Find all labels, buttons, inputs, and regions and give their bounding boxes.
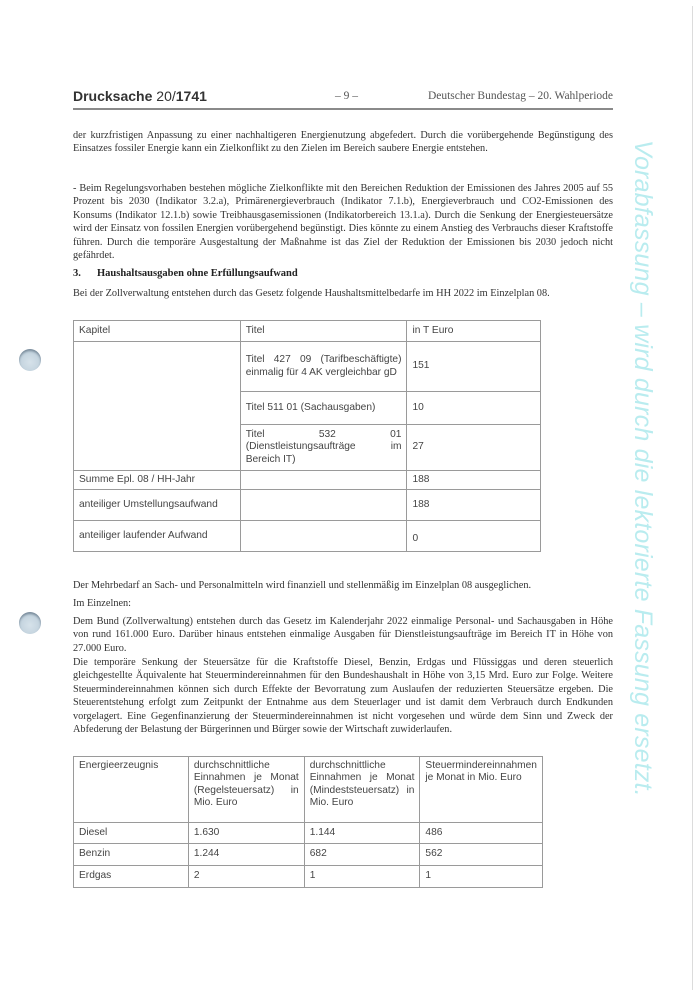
paragraph-budget-intro: Bei der Zollverwaltung entstehen durch d… — [73, 287, 613, 300]
publisher: Deutscher Bundestag – 20. Wahlperiode — [428, 90, 613, 102]
doc-number: 1741 — [176, 88, 207, 104]
paragraph-compensation: Der Mehrbedarf an Sach- und Personalmitt… — [73, 579, 613, 592]
paragraph-intro: der kurzfristigen Anpassung zu einer nac… — [73, 129, 613, 156]
product-cell: Erdgas — [74, 866, 189, 888]
header-cell: durchschnittliche Einnahmen je Monat (Re… — [188, 757, 304, 823]
budget-table: Kapitel Titel in T Euro Titel 427 09 (Ta… — [73, 320, 541, 552]
table-row: Diesel 1.630 1.144 486 — [74, 823, 543, 844]
titel-cell-empty — [240, 471, 407, 490]
value-cell: 486 — [420, 823, 543, 844]
page-header: Drucksache 20/1741 – 9 – Deutscher Bunde… — [73, 88, 613, 110]
value-cell: 0 — [407, 521, 541, 552]
punch-hole-top — [19, 349, 41, 371]
table-row: Titel 427 09 (Tarifbeschäftigte) einmali… — [74, 342, 541, 392]
energy-tax-table: Energieerzeugnis durchschnittliche Einna… — [73, 756, 543, 888]
value-cell: 1 — [420, 866, 543, 888]
header-cell: Energieerzeugnis — [74, 757, 189, 823]
product-cell: Diesel — [74, 823, 189, 844]
page-edge — [692, 6, 693, 990]
label-cell: anteiliger Umstellungsaufwand — [74, 490, 241, 521]
table-row: anteiliger laufender Aufwand 0 — [74, 521, 541, 552]
document-id: Drucksache 20/1741 — [73, 88, 207, 104]
paragraph-costs: Dem Bund (Zollverwaltung) entstehen durc… — [73, 615, 613, 655]
table-row: Benzin 1.244 682 562 — [74, 844, 543, 866]
table-header-row: Kapitel Titel in T Euro — [74, 321, 541, 342]
value-cell: 151 — [407, 342, 541, 392]
header-cell: Kapitel — [74, 321, 241, 342]
table-row: Erdgas 2 1 1 — [74, 866, 543, 888]
label-cell: anteiliger laufender Aufwand — [74, 521, 241, 552]
paragraph-tax-reduction: Die temporäre Senkung der Steuersätze fü… — [73, 656, 613, 736]
section-number: 3. — [73, 268, 97, 279]
doc-number-prefix: 20/ — [156, 88, 175, 104]
value-cell: 1.630 — [188, 823, 304, 844]
value-cell: 1.144 — [304, 823, 420, 844]
titel-cell: Titel 427 09 (Tarifbeschäftigte) einmali… — [240, 342, 407, 392]
value-cell: 27 — [407, 425, 541, 471]
table-row: Summe Epl. 08 / HH-Jahr 188 — [74, 471, 541, 490]
value-cell: 682 — [304, 844, 420, 866]
titel-cell-empty — [240, 521, 407, 552]
header-cell: Steuermindereinnahmen je Monat in Mio. E… — [420, 757, 543, 823]
draft-watermark: Vorabfassung – wird durch die lektoriert… — [628, 140, 657, 797]
value-cell: 562 — [420, 844, 543, 866]
paragraph-goal-conflicts: - Beim Regelungsvorhaben bestehen möglic… — [73, 182, 613, 262]
value-cell: 188 — [407, 471, 541, 490]
titel-cell: Titel 511 01 (Sachausgaben) — [240, 392, 407, 425]
header-cell: Titel — [240, 321, 407, 342]
value-cell: 10 — [407, 392, 541, 425]
product-cell: Benzin — [74, 844, 189, 866]
value-cell: 2 — [188, 866, 304, 888]
table-header-row: Energieerzeugnis durchschnittliche Einna… — [74, 757, 543, 823]
paragraph-details-label: Im Einzelnen: — [73, 597, 613, 610]
punch-hole-bottom — [19, 612, 41, 634]
kapitel-cell-empty — [74, 342, 241, 471]
section-heading: 3.Haushaltsausgaben ohne Erfüllungsaufwa… — [73, 268, 298, 279]
section-title: Haushaltsausgaben ohne Erfüllungsaufwand — [97, 268, 298, 279]
value-cell: 188 — [407, 490, 541, 521]
value-cell: 1.244 — [188, 844, 304, 866]
titel-cell-empty — [240, 490, 407, 521]
page-number: – 9 – — [335, 90, 358, 102]
titel-cell: Titel 532 01 (Dienstleistungsaufträge im… — [240, 425, 407, 471]
doc-label: Drucksache — [73, 88, 152, 104]
header-cell: in T Euro — [407, 321, 541, 342]
value-cell: 1 — [304, 866, 420, 888]
label-cell: Summe Epl. 08 / HH-Jahr — [74, 471, 241, 490]
table-row: anteiliger Umstellungsaufwand 188 — [74, 490, 541, 521]
header-cell: durchschnittliche Einnahmen je Monat (Mi… — [304, 757, 420, 823]
